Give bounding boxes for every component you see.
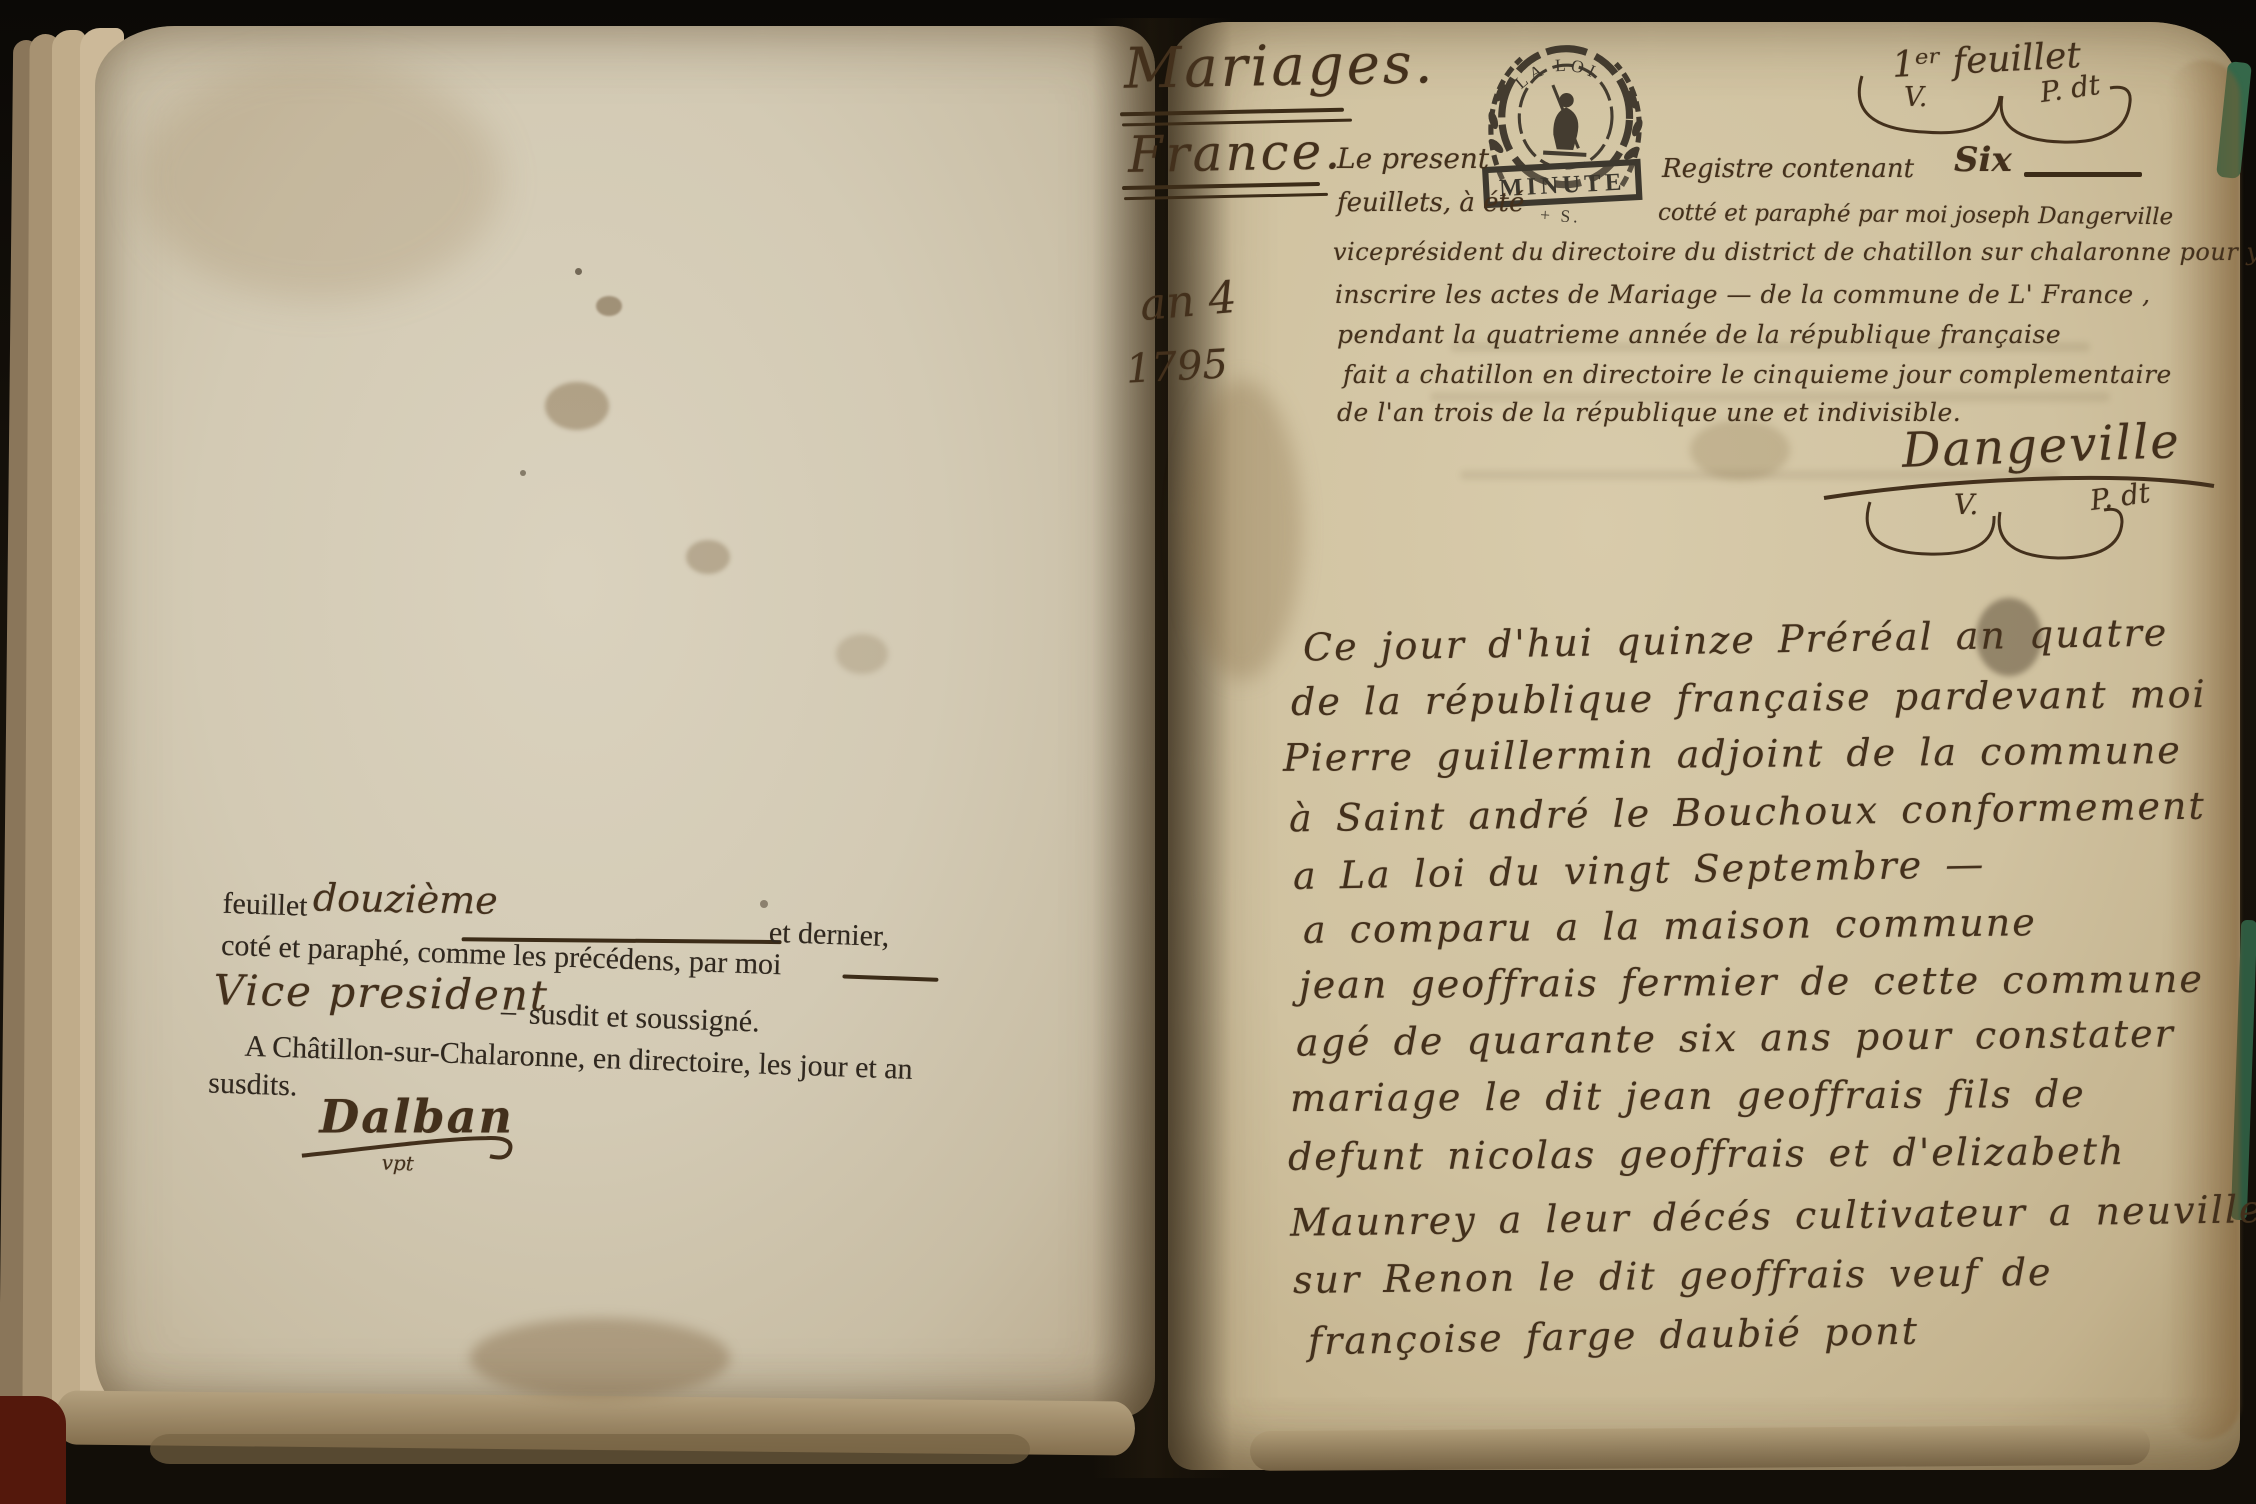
count-dash xyxy=(2024,172,2142,177)
preamble-line: fait a chatillon en directoire le cinqui… xyxy=(1343,360,2172,389)
act-line: agé de quarante six ans pour constater xyxy=(1296,1011,2175,1064)
folio-paraph-v: V. xyxy=(1904,82,1927,113)
act-line: defunt nicolas geoffrais et d'elizabeth xyxy=(1288,1129,2126,1179)
act-line: sur Renon le dit geoffrais veuf de xyxy=(1293,1250,2053,1302)
page-edge-bottom xyxy=(1250,1425,2150,1471)
register-title: Mariages. xyxy=(1123,31,1435,101)
blank-rule xyxy=(842,974,938,981)
feuillet-number-manuscript: douzième xyxy=(313,876,499,923)
preamble-registre: Registre contenant xyxy=(1662,154,1914,184)
vice-president-manuscript: Vice president xyxy=(213,965,549,1020)
preamble-feuillets: feuillets, à été xyxy=(1337,188,1524,218)
signature-dalban-paraph: vpt xyxy=(381,1150,414,1175)
book-photo: Mariages. France. an 4 1795 1ᵉʳ feuillet… xyxy=(0,0,2256,1504)
susdit-line: susdit et soussigné. xyxy=(528,998,760,1040)
book-gutter xyxy=(1092,18,1232,1478)
preamble-count: Six xyxy=(1954,140,2012,180)
preamble-line: de l'an trois de la république une et in… xyxy=(1337,398,1961,427)
preamble-line: pendant la quatrieme année de la républi… xyxy=(1337,320,2061,349)
act-line: de la république française pardevant moi xyxy=(1291,672,2207,724)
folio-paraph-flourish xyxy=(1852,56,2162,142)
signature-paraph-v: V. xyxy=(1954,488,1978,521)
preamble-lead: Le present xyxy=(1337,142,1489,175)
feuillet-suffix: et dernier, xyxy=(768,916,890,954)
margin-year: 1795 xyxy=(1125,341,1229,392)
stamp-sub-text: + S. xyxy=(1540,205,1582,227)
preamble-cotte: cotté et paraphé par moi joseph Dangervi… xyxy=(1658,200,2173,230)
act-line: mariage le dit jean geoffrais fils de xyxy=(1290,1072,2086,1120)
preamble-line: viceprésident du directoire du district … xyxy=(1333,238,2256,266)
cover-corner-red xyxy=(0,1396,66,1504)
signature-dalban-flourish xyxy=(299,1124,531,1182)
act-line: jean geoffrais fermier de cette commune xyxy=(1299,957,2204,1007)
margin-republican-year: an 4 xyxy=(1138,272,1239,331)
act-line: Pierre guillermin adjoint de la commune xyxy=(1283,728,2182,780)
page-edge-bottom xyxy=(150,1434,1030,1464)
signature-flourish xyxy=(1818,466,2238,576)
preamble-line: inscrire les actes de Mariage — de la co… xyxy=(1335,280,2151,309)
act-line: a comparu a la maison commune xyxy=(1303,900,2037,952)
susdits: susdits. xyxy=(208,1066,298,1103)
chatillon-line: A Châtillon-sur-Chalaronne, en directoir… xyxy=(244,1030,913,1087)
feuillet-prefix: feuillet xyxy=(222,887,308,924)
left-printed-block: feuillet douzième et dernier, coté et pa… xyxy=(194,864,1005,1222)
dash: – xyxy=(500,995,516,1030)
register-subtitle: France. xyxy=(1128,122,1344,184)
